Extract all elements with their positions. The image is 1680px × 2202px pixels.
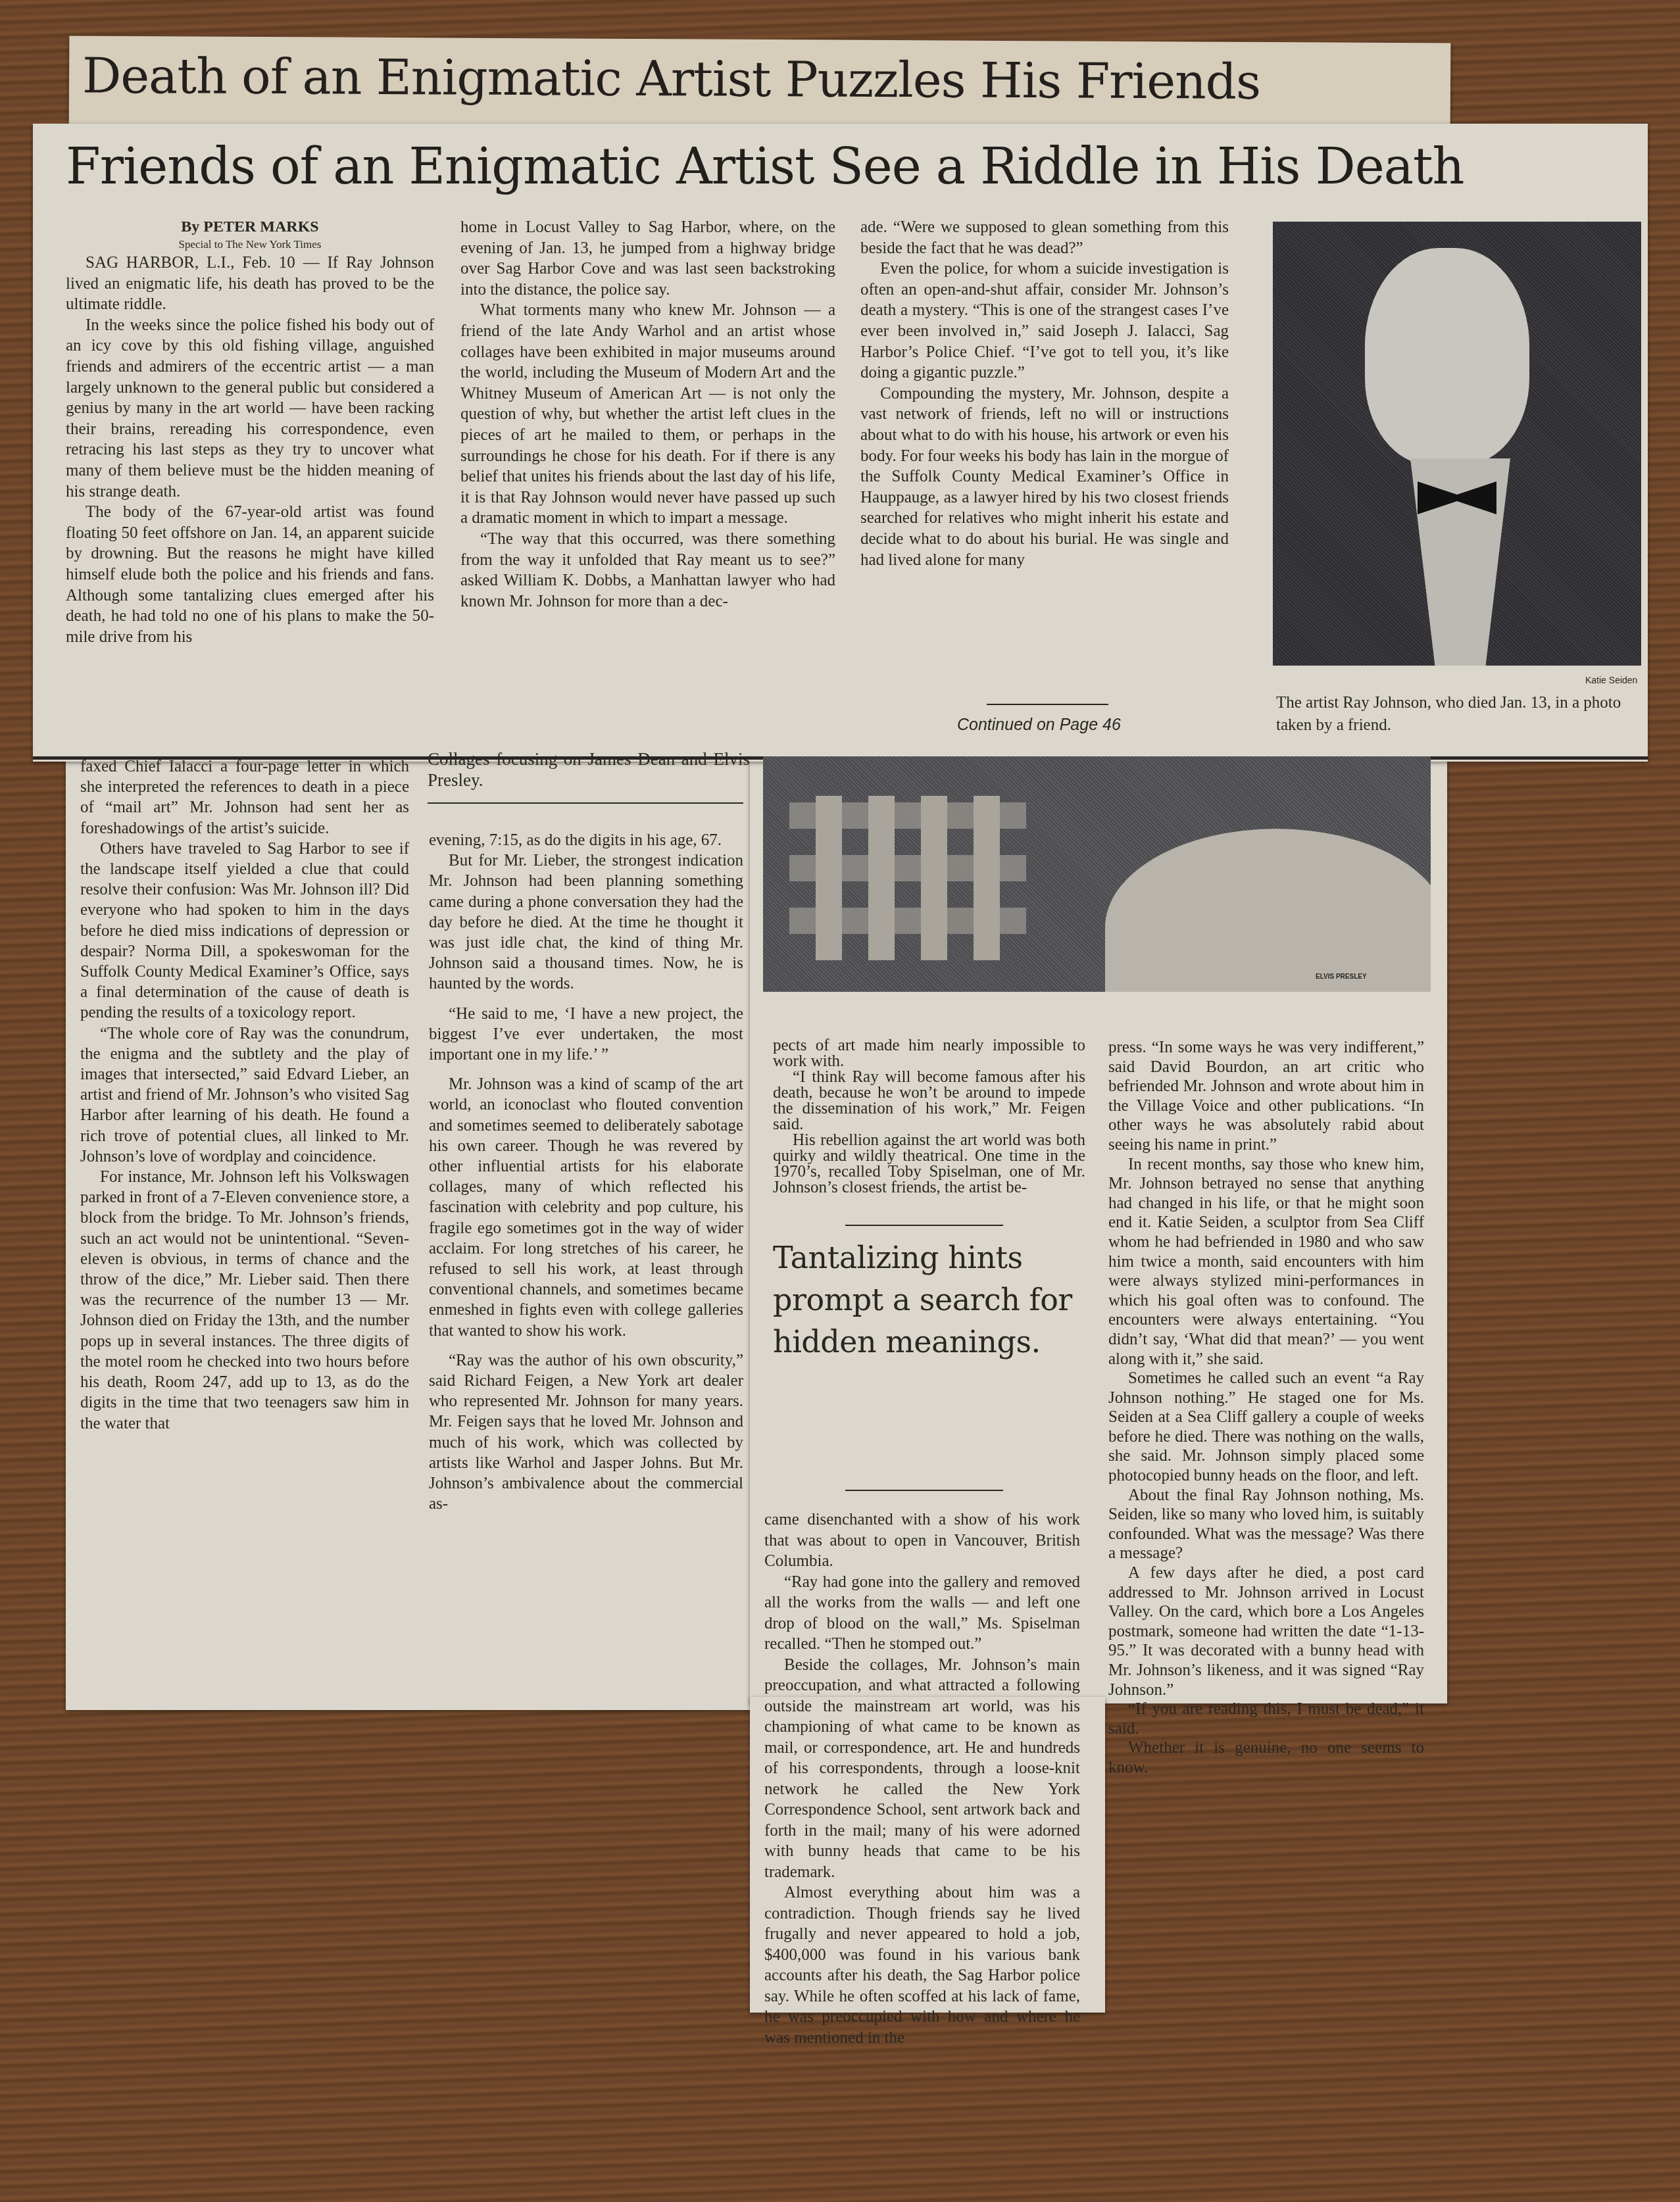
paragraph: faxed Chief Ialacci a four-page letter i… — [80, 756, 409, 839]
continued-rule — [987, 704, 1108, 705]
paragraph: Whether it is genuine, no one seems to k… — [1108, 1738, 1424, 1777]
old-headline: Death of an Enigmatic Artist Puzzles His… — [82, 48, 1260, 110]
paragraph: press. “In some ways he was very indiffe… — [1108, 1038, 1424, 1155]
paragraph: In recent months, say those who knew him… — [1108, 1155, 1424, 1369]
front-column-3: ade. “Were we supposed to glean somethin… — [860, 217, 1229, 570]
collage-photo: ELVIS PRESLEY — [763, 756, 1431, 992]
paragraph: For instance, Mr. Johnson left his Volks… — [80, 1167, 409, 1434]
collage-grid — [789, 796, 1026, 960]
paragraph: Beside the collages, Mr. Johnson’s main … — [764, 1655, 1080, 1883]
collage-label: ELVIS PRESLEY — [1316, 973, 1367, 981]
paragraph: “Ray was the author of his own obscurity… — [429, 1350, 743, 1515]
special-credit: Special to The New York Times — [66, 237, 434, 253]
jump-column-4: press. “In some ways he was very indiffe… — [1108, 1038, 1424, 1778]
jump-column-1: faxed Chief Ialacci a four-page letter i… — [80, 756, 409, 1434]
paragraph: Mr. Johnson was a kind of scamp of the a… — [429, 1074, 743, 1341]
paragraph: SAG HARBOR, L.I., Feb. 10 — If Ray Johns… — [66, 253, 434, 315]
collage-caption: Collages focusing on James Dean and Elvi… — [428, 748, 750, 791]
portrait-shirt — [1398, 458, 1523, 666]
paragraph: “I think Ray will become famous after hi… — [773, 1069, 1085, 1133]
pullquote-rule-top — [845, 1225, 1003, 1226]
pullquote-rule-bottom — [845, 1490, 1003, 1491]
paragraph: “He said to me, ‘I have a new project, t… — [429, 1004, 743, 1065]
byline: By PETER MARKS — [66, 217, 434, 237]
jump-column-2: evening, 7:15, as do the digits in his a… — [429, 830, 743, 1515]
paragraph: came disenchanted with a show of his wor… — [764, 1509, 1080, 1572]
paragraph: “Ray had gone into the gallery and remov… — [764, 1572, 1080, 1655]
paragraph: In the weeks since the police fished his… — [66, 315, 434, 502]
paragraph: Compounding the mystery, Mr. Johnson, de… — [860, 383, 1229, 570]
paragraph: evening, 7:15, as do the digits in his a… — [429, 830, 743, 850]
paragraph: What torments many who knew Mr. Johnson … — [460, 300, 835, 529]
paragraph: “The whole core of Ray was the conundrum… — [80, 1023, 409, 1167]
collage-caption-text: Collages focusing on James Dean and Elvi… — [428, 748, 750, 791]
paragraph: About the final Ray Johnson nothing, Ms.… — [1108, 1486, 1424, 1563]
jump-column-3-continued: came disenchanted with a show of his wor… — [764, 1509, 1080, 2048]
paragraph: Others have traveled to Sag Harbor to se… — [80, 839, 409, 1023]
collage-light-shape — [1105, 829, 1431, 992]
photo-credit: Katie Seiden — [1585, 675, 1637, 685]
jump-column-3: pects of art made him nearly impossible … — [773, 1038, 1085, 1196]
portrait-head — [1365, 248, 1529, 465]
paragraph: A few days after he died, a post card ad… — [1108, 1563, 1424, 1700]
paragraph: “If you are reading this, I must be dead… — [1108, 1700, 1424, 1738]
front-column-1: By PETER MARKS Special to The New York T… — [66, 217, 434, 647]
photo-caption: The artist Ray Johnson, who died Jan. 13… — [1276, 692, 1644, 737]
paragraph: Sometimes he called such an event “a Ray… — [1108, 1369, 1424, 1486]
paragraph: Even the police, for whom a suicide inve… — [860, 258, 1229, 383]
paragraph: home in Locust Valley to Sag Harbor, whe… — [460, 217, 835, 300]
portrait-photo — [1273, 222, 1641, 666]
paragraph: “The way that this occurred, was there s… — [460, 529, 835, 612]
paragraph: But for Mr. Lieber, the strongest indica… — [429, 850, 743, 994]
main-headline: Friends of an Enigmatic Artist See a Rid… — [66, 137, 1464, 195]
old-headline-clipping: Death of an Enigmatic Artist Puzzles His… — [69, 36, 1451, 135]
paragraph: The body of the 67-year-old artist was f… — [66, 502, 434, 647]
paragraph: pects of art made him nearly impossible … — [773, 1038, 1085, 1069]
paragraph: ade. “Were we supposed to glean somethin… — [860, 217, 1229, 258]
paragraph: Almost everything about him was a contra… — [764, 1882, 1080, 2048]
caption-rule — [428, 802, 743, 804]
paragraph: His rebellion against the art world was … — [773, 1133, 1085, 1196]
pullquote: Tantalizing hints prompt a search for hi… — [773, 1236, 1082, 1363]
front-column-2: home in Locust Valley to Sag Harbor, whe… — [460, 217, 835, 612]
continued-note: Continued on Page 46 — [957, 716, 1121, 735]
